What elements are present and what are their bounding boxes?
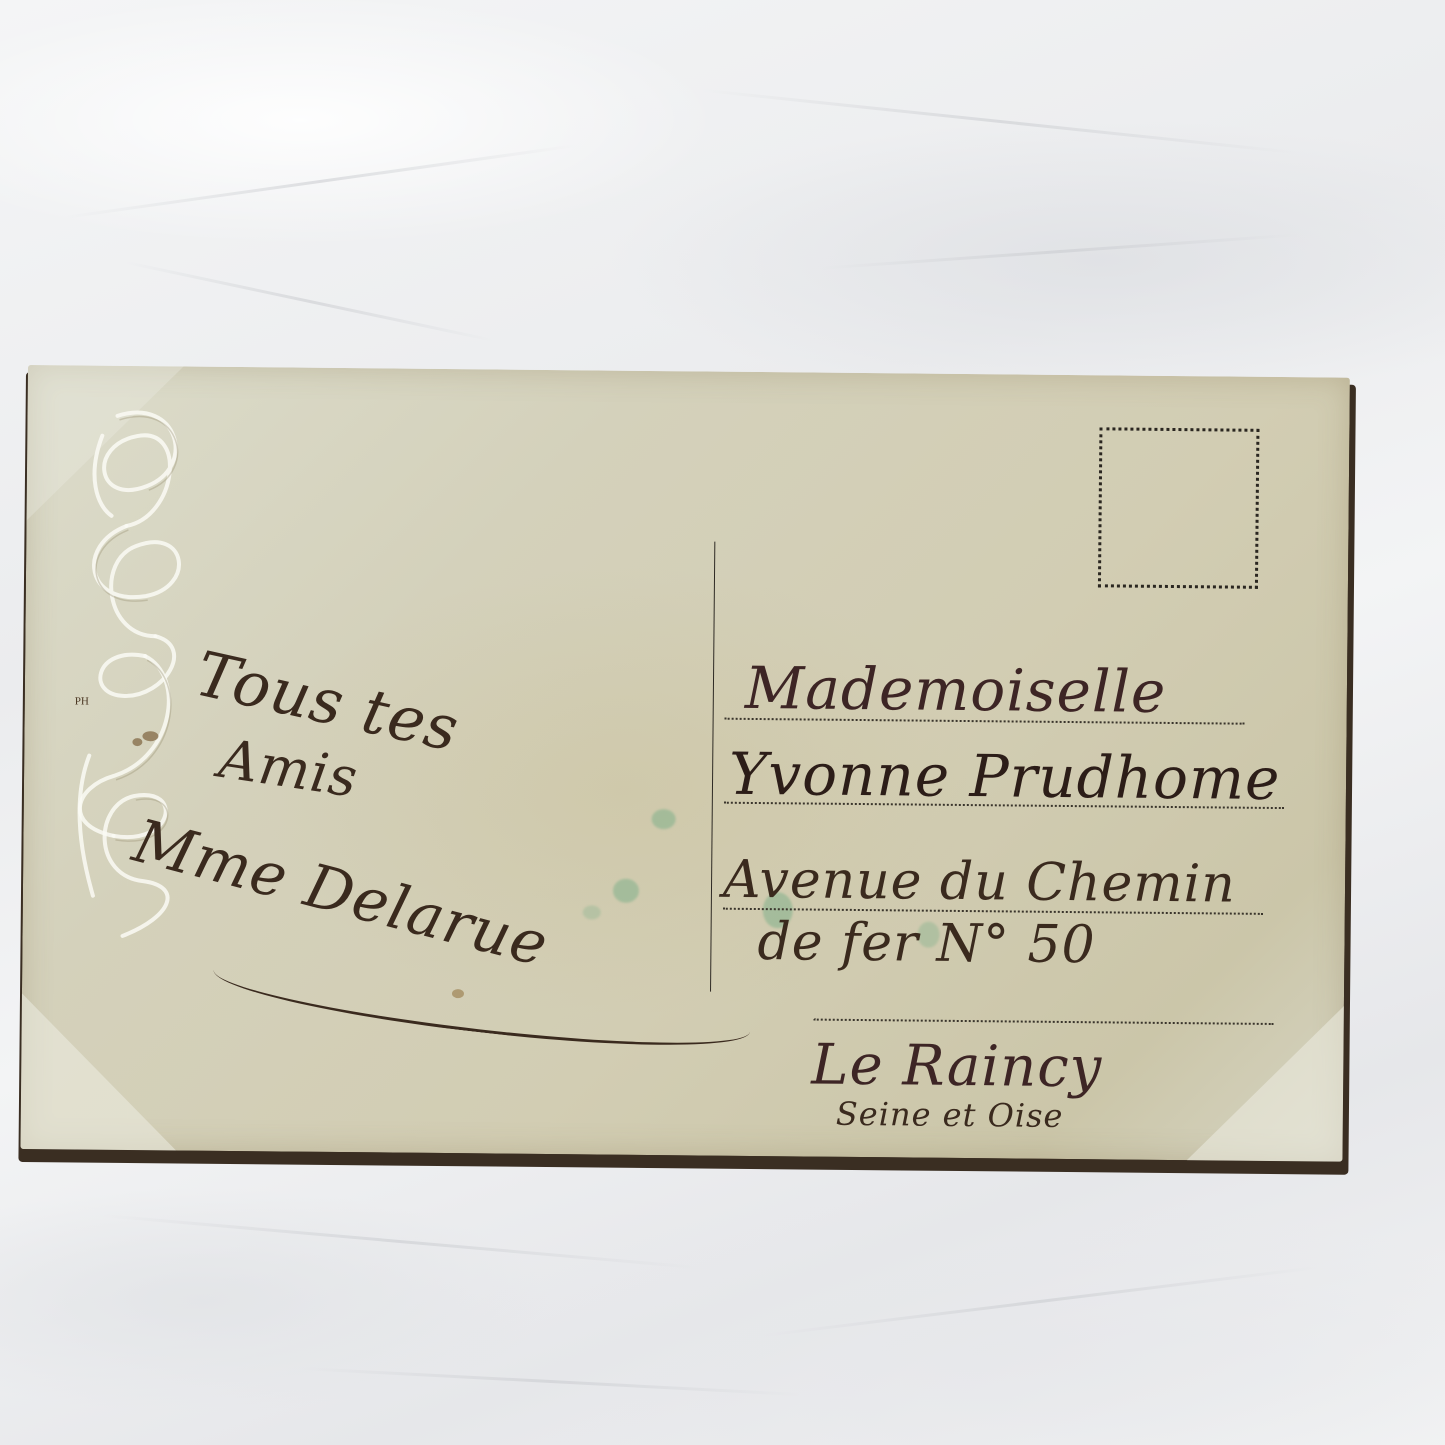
tissue-wrinkle (62, 144, 577, 219)
address-line (814, 1019, 1274, 1025)
address-line-recipient-name: Yvonne Prudhome (729, 740, 1281, 813)
tissue-wrinkle (124, 261, 496, 343)
address-line-number: de fer N° 50 (757, 912, 1096, 975)
corner-fade (20, 993, 176, 1161)
divider-line (710, 542, 715, 992)
ink-stain (652, 809, 676, 829)
printed-mark: PH (75, 695, 89, 707)
address-line-street: Avenue du Chemin (723, 850, 1236, 915)
address-line-recipient-title: Mademoiselle (745, 654, 1167, 726)
ink-stain (583, 905, 601, 919)
stamp-box (1098, 427, 1260, 589)
tissue-wrinkle (101, 1214, 699, 1269)
tissue-wrinkle (762, 1266, 1318, 1337)
rust-spot (132, 738, 142, 746)
address-line-department: Seine et Oise (836, 1095, 1064, 1135)
tissue-wrinkle (820, 233, 1299, 269)
corner-fade (1187, 1006, 1350, 1162)
tissue-wrinkle (300, 1367, 799, 1396)
tissue-wrinkle (701, 89, 1298, 155)
rust-spot (142, 731, 158, 741)
address-line-city: Le Raincy (811, 1033, 1103, 1101)
ink-stain (613, 879, 639, 903)
postcard: PH Tous tes Amis Mme Delarue Mademoisell… (20, 365, 1349, 1162)
